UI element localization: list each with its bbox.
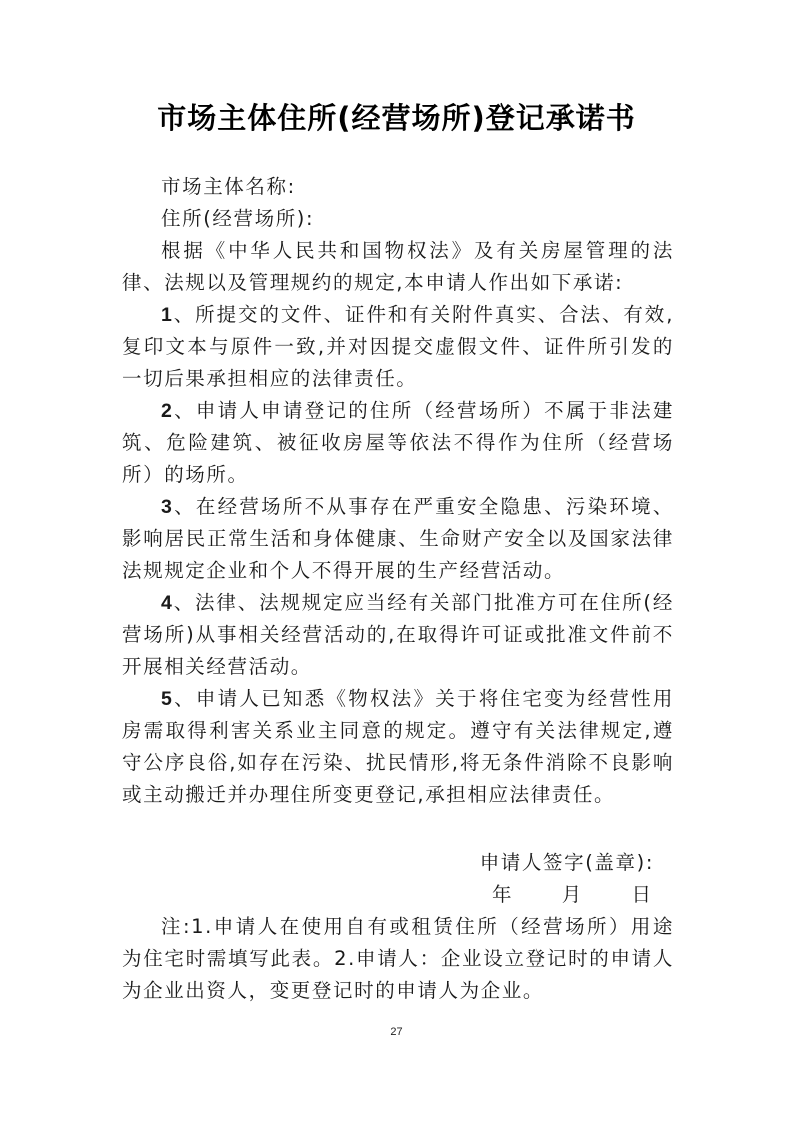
commitment-item-5: 5、申请人已知悉《物权法》关于将住宅变为经营性用房需取得利害关系业主同意的规定。… bbox=[122, 683, 674, 811]
footnote: 注:1.申请人在使用自有或租赁住所（经营场所）用途为住宅时需填写此表。2.申请人… bbox=[122, 911, 674, 1007]
commitment-item-1: 1、所提交的文件、证件和有关附件真实、合法、有效,复印文本与原件一致,并对因提交… bbox=[122, 299, 674, 395]
intro-paragraph: 根据《中华人民共和国物权法》及有关房屋管理的法律、法规以及管理规约的规定,本申请… bbox=[122, 235, 674, 299]
page-number: 27 bbox=[0, 1026, 793, 1038]
date-month: 月 bbox=[562, 883, 582, 906]
signature-label: 申请人签字(盖章): bbox=[480, 847, 654, 879]
date-year: 年 bbox=[492, 883, 512, 906]
entity-name-field: 市场主体名称: bbox=[122, 171, 674, 203]
commitment-item-2: 2、申请人申请登记的住所（经营场所）不属于非法建筑、危险建筑、被征收房屋等依法不… bbox=[122, 395, 674, 491]
document-body: 市场主体名称: 住所(经营场所): 根据《中华人民共和国物权法》及有关房屋管理的… bbox=[122, 171, 674, 811]
address-field: 住所(经营场所): bbox=[122, 203, 674, 235]
commitment-item-4: 4、法律、法规规定应当经有关部门批准方可在住所(经营场所)从事相关经营活动的,在… bbox=[122, 587, 674, 683]
commitment-item-3: 3、在经营场所不从事存在严重安全隐患、污染环境、影响居民正常生活和身体健康、生命… bbox=[122, 491, 674, 587]
date-day: 日 bbox=[631, 883, 651, 906]
document-page: 市场主体住所(经营场所)登记承诺书 市场主体名称: 住所(经营场所): 根据《中… bbox=[0, 0, 793, 1122]
date-line: 年 月 日 bbox=[468, 879, 651, 911]
document-title: 市场主体住所(经营场所)登记承诺书 bbox=[0, 96, 793, 137]
